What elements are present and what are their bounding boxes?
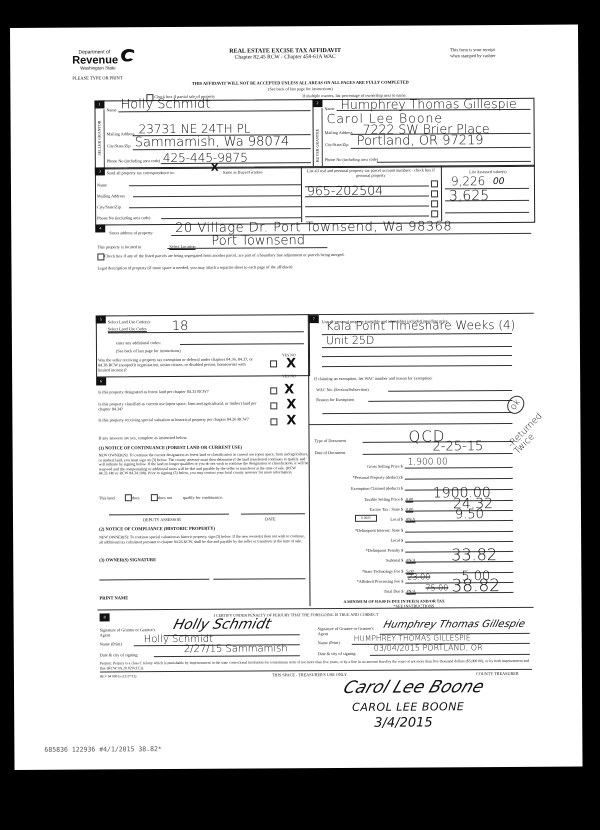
current-use-yes-checkbox[interactable] bbox=[270, 402, 277, 409]
delinquent-interest-field[interactable] bbox=[405, 531, 513, 533]
excise-tax-local-field[interactable]: 9.50 bbox=[455, 507, 484, 522]
land-use-select[interactable]: Select Land Use Codes bbox=[108, 326, 147, 331]
forest-no-checkbox[interactable]: X bbox=[284, 382, 294, 397]
form-title: REAL ESTATE EXCISE TAX AFFIDAVIT Chapter… bbox=[170, 48, 400, 61]
grantor-signature[interactable]: Holly Schmidt bbox=[172, 616, 273, 633]
subtotal-field[interactable]: 33.82 bbox=[451, 545, 497, 564]
treasurer-area-signature: Carol Lee Boone bbox=[340, 677, 486, 698]
historic-yes-checkbox[interactable] bbox=[270, 418, 277, 425]
deputy-assessor-signature[interactable] bbox=[109, 514, 229, 516]
legal-description-label: Legal description of property (if more s… bbox=[97, 264, 292, 270]
parcel-3-personal-checkbox[interactable] bbox=[431, 200, 438, 207]
delinquent-local-field[interactable] bbox=[405, 541, 513, 543]
print-name-label: PRINT NAME bbox=[99, 595, 128, 600]
grantee-signature[interactable]: Humphrey Thomas Gillespie bbox=[382, 619, 526, 631]
section-7-badge: 7 bbox=[309, 315, 319, 323]
assessed-value-2-field[interactable]: 3,625 bbox=[449, 188, 489, 204]
exemption-reason-field[interactable] bbox=[368, 400, 512, 402]
grantee-name-field[interactable]: HUMPHREY THOMAS GILLESPIE bbox=[354, 633, 471, 643]
parcel-number-1-field[interactable]: 965-202504 bbox=[307, 183, 383, 198]
personal-property-line-2[interactable]: Unit 25D bbox=[326, 334, 374, 347]
treasurer-area-printed-name: CAROL LEE BOONE bbox=[352, 700, 464, 714]
grantee-date-city-field[interactable]: 03/04/2015 PORTLAND, OR bbox=[374, 643, 483, 653]
gross-selling-price-field[interactable]: 1,900.00 bbox=[408, 457, 448, 467]
revenue-swoosh-icon bbox=[118, 47, 136, 63]
wac-number-field[interactable] bbox=[388, 390, 512, 392]
notice-compliance-title: (2) NOTICE OF COMPLIANCE (HISTORIC PROPE… bbox=[99, 526, 215, 532]
notice-continuance-title: (1) NOTICE OF CONTINUANCE (FOREST LAND O… bbox=[99, 445, 242, 451]
section-2-badge: 2 bbox=[312, 99, 322, 107]
section-8-badge: 8 bbox=[100, 613, 110, 621]
parcel-1-personal-checkbox[interactable] bbox=[431, 180, 438, 187]
please-type-note: PLEASE TYPE OR PRINT bbox=[72, 75, 122, 81]
dor-logo: Department of Revenue Washington State bbox=[72, 49, 142, 70]
ok-annotation: ok bbox=[504, 393, 528, 417]
current-use-no-checkbox[interactable]: X bbox=[286, 397, 296, 412]
legal-description-area[interactable] bbox=[98, 271, 532, 316]
same-as-buyer-checkbox[interactable]: X bbox=[211, 163, 219, 174]
section-5-badge: 5 bbox=[96, 315, 106, 323]
parcels-header: List all real and personal property tax … bbox=[303, 167, 439, 178]
historic-no-checkbox[interactable]: X bbox=[286, 413, 296, 428]
treasurer-area-date: 3/4/2015 bbox=[374, 715, 432, 730]
receipt-stamp: 685836 122936 #4/1/2015 38.82* bbox=[44, 745, 161, 754]
does-qualify-checkbox[interactable] bbox=[125, 494, 132, 501]
deputy-date-field[interactable] bbox=[241, 513, 305, 514]
segregated-checkbox[interactable] bbox=[97, 253, 104, 260]
parcel-2-personal-checkbox[interactable] bbox=[431, 190, 438, 197]
seller-name-field[interactable]: Holly Schmidt bbox=[120, 97, 210, 113]
grantor-date-city-field[interactable]: 2/27/15 Sammamish bbox=[184, 643, 288, 655]
receipt-note: This form is your receipt when stamped b… bbox=[450, 47, 495, 59]
does-not-qualify-checkbox[interactable] bbox=[151, 494, 158, 501]
affidavit-page: Department of Revenue Washington State P… bbox=[10, 25, 583, 770]
buyer-city-field[interactable]: Portland, OR 97219 bbox=[357, 133, 484, 149]
assessed-value-1-field[interactable]: 9,226 bbox=[451, 174, 485, 188]
owner-signature-field[interactable] bbox=[99, 579, 209, 581]
section-4-badge: 4 bbox=[95, 224, 105, 232]
exemption-yes-checkbox[interactable] bbox=[270, 360, 277, 367]
exemption-no-checkbox[interactable]: X bbox=[286, 356, 296, 371]
total-due-field[interactable]: 38.82 bbox=[451, 576, 500, 596]
document-date-field[interactable]: 2-25-15 bbox=[433, 439, 484, 454]
section-1-badge: 1 bbox=[94, 100, 104, 108]
section-6-badge: 6 bbox=[96, 377, 106, 385]
parcel-4-personal-checkbox[interactable] bbox=[431, 210, 438, 217]
local-rate-button[interactable]: 0.0025 bbox=[355, 515, 377, 522]
personal-property-deduct-field[interactable] bbox=[405, 478, 513, 480]
seller-city-field[interactable]: Sammamish, Wa 98074 bbox=[135, 134, 290, 150]
seller-phone-field[interactable]: 425-445-9875 bbox=[163, 151, 248, 166]
section-3-badge: 3 bbox=[95, 167, 105, 175]
forest-yes-checkbox[interactable] bbox=[270, 387, 277, 394]
personal-property-line-1[interactable]: Kala Point Timeshare Weeks (4) bbox=[326, 318, 516, 333]
